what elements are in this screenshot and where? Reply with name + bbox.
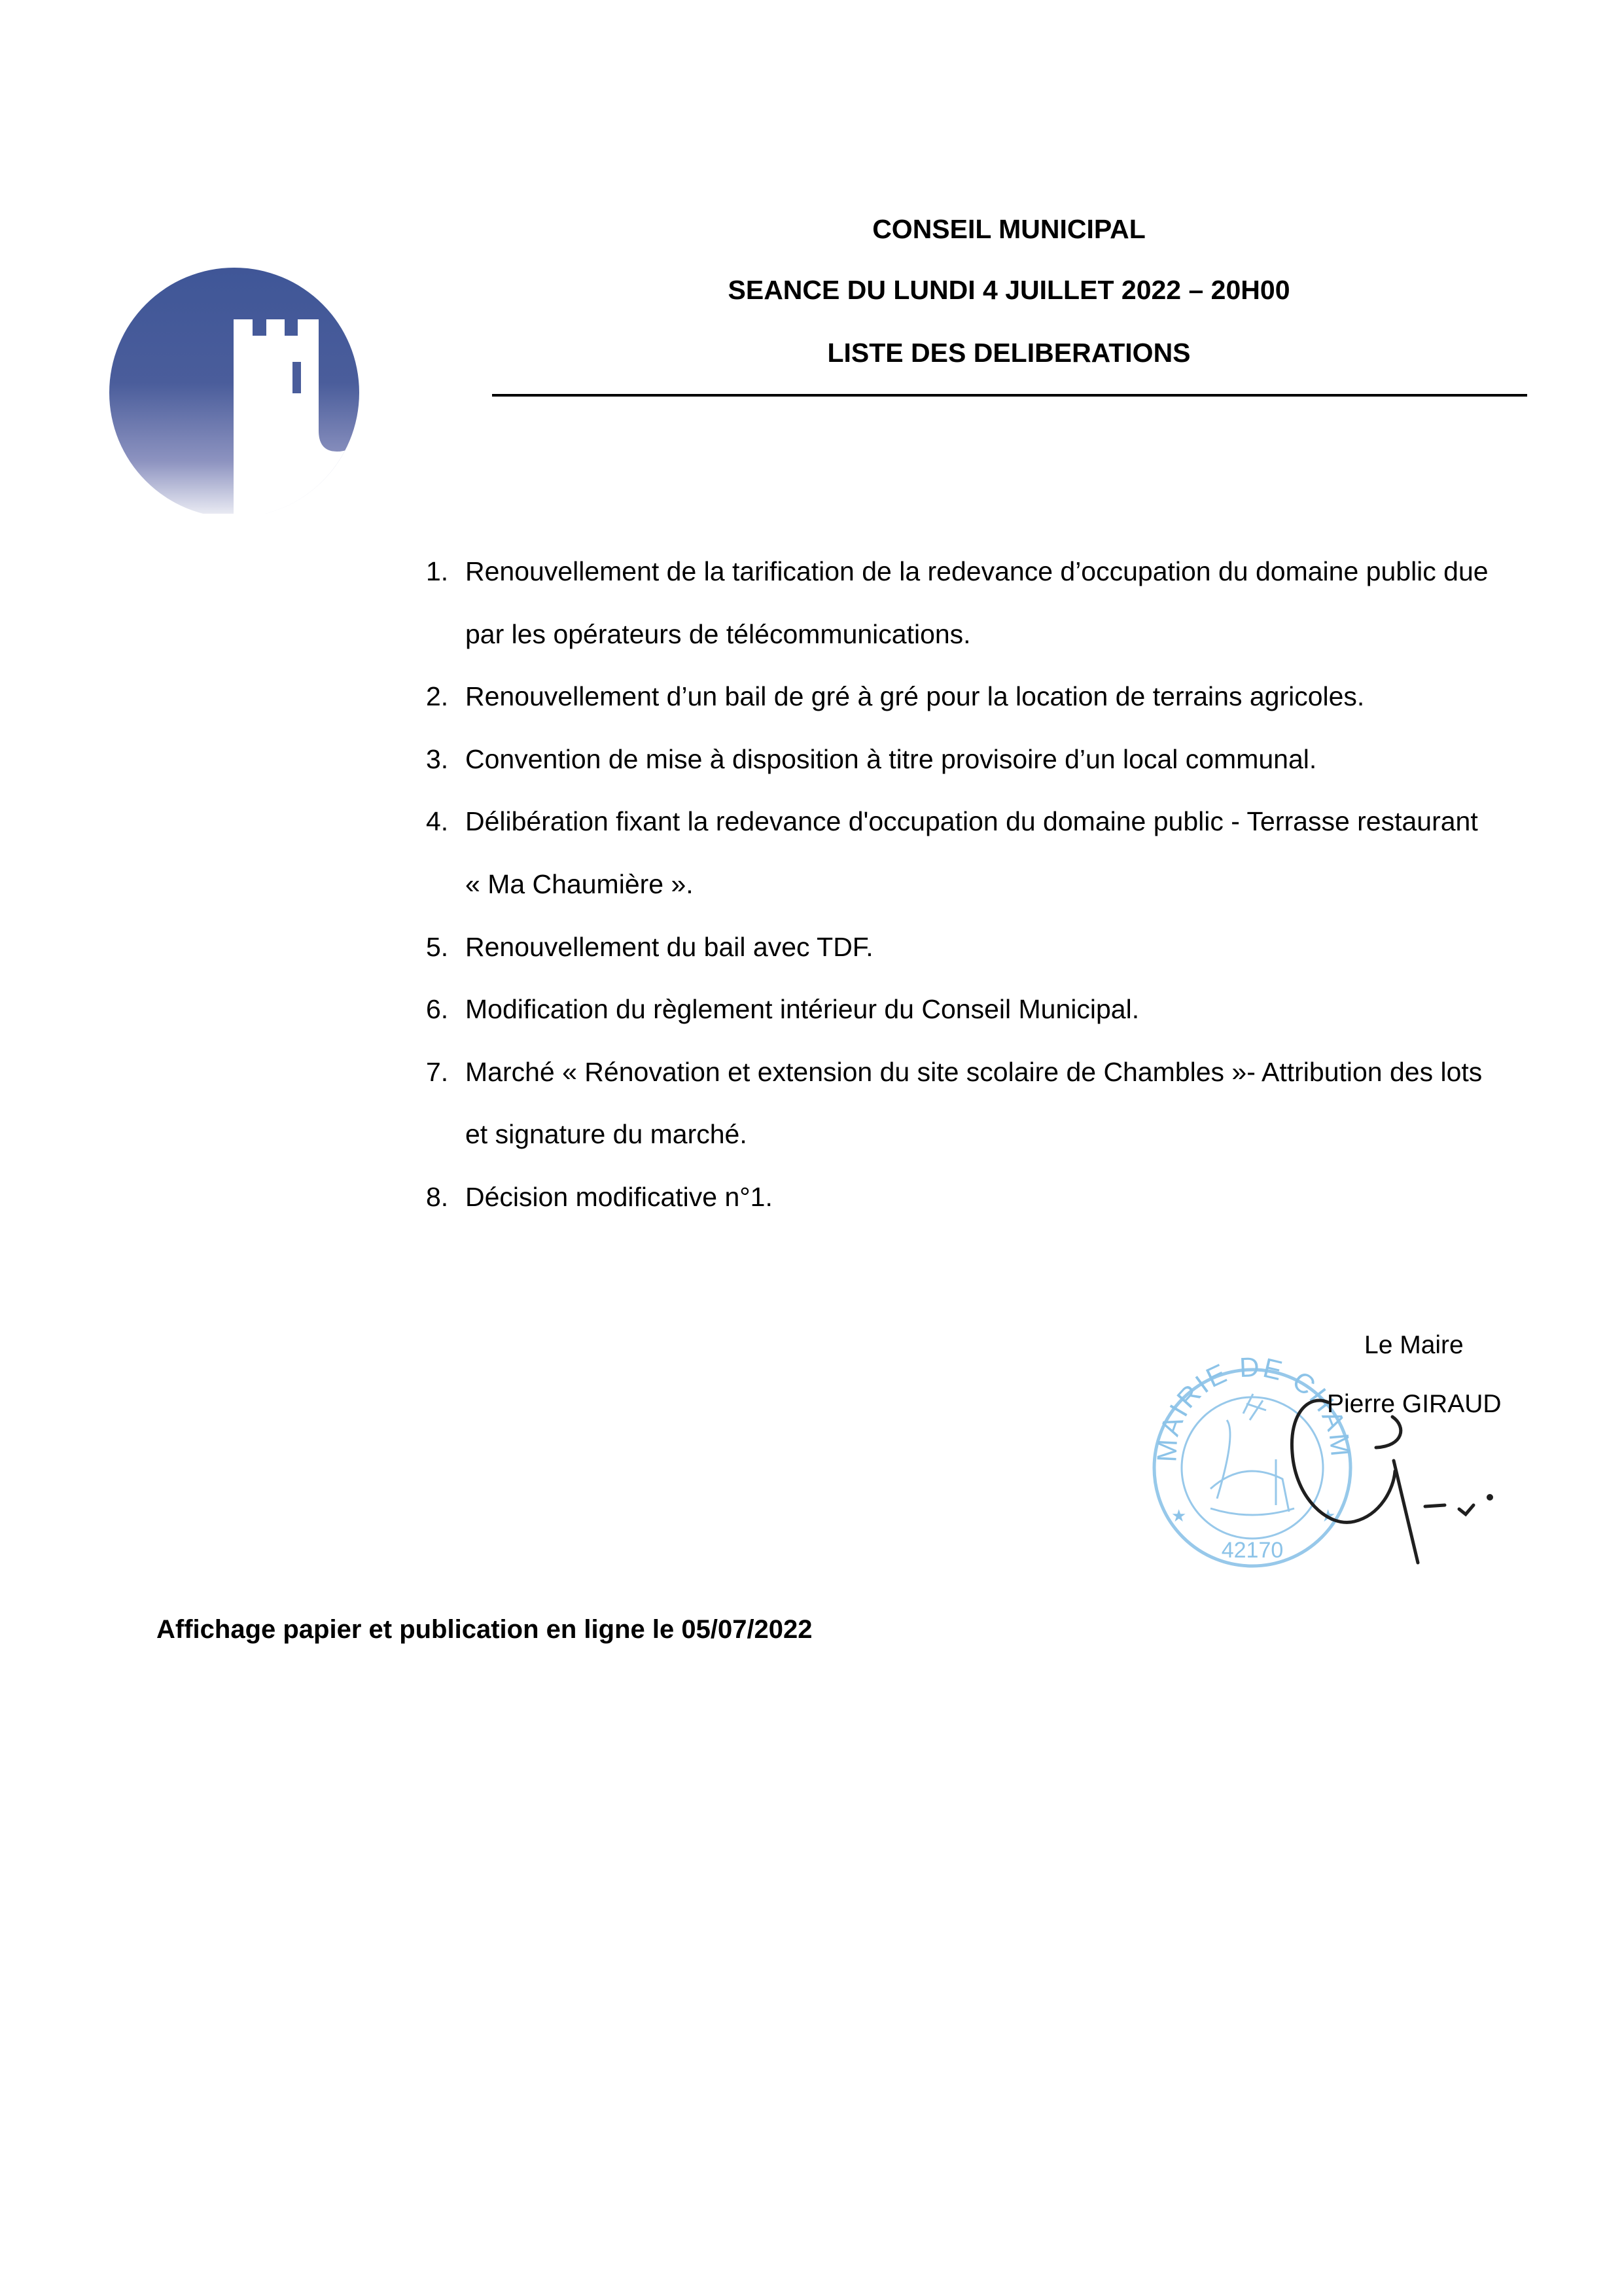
deliberation-item: 7.Marché « Rénovation et extension du si… — [426, 1041, 1506, 1166]
deliberation-item: 5.Renouvellement du bail avec TDF. — [426, 916, 1506, 979]
item-text: Modification du règlement intérieur du C… — [465, 978, 1506, 1041]
item-text: Renouvellement de la tarification de la … — [465, 541, 1506, 603]
deliberation-item: 1.Renouvellement de la tarification de l… — [426, 541, 1506, 666]
municipal-logo-icon — [105, 265, 366, 514]
item-text: Délibération fixant la redevance d'occup… — [465, 791, 1506, 853]
item-number: 2. — [426, 666, 448, 728]
deliberation-item: 4.Délibération fixant la redevance d'occ… — [426, 791, 1506, 916]
item-number: 5. — [426, 916, 448, 979]
item-text: Renouvellement du bail avec TDF. — [465, 916, 1506, 979]
item-number: 3. — [426, 728, 448, 791]
item-number: 1. — [426, 541, 448, 603]
council-title: CONSEIL MUNICIPAL — [492, 216, 1526, 243]
item-number: 4. — [426, 791, 448, 853]
item-text: Décision modificative n°1. — [465, 1166, 1506, 1229]
handwritten-signature-icon — [1112, 1263, 1518, 1603]
item-text: Marché « Rénovation et extension du site… — [465, 1041, 1506, 1104]
signature-block: MAIRIE DE CHAMBLES 42170 ★ ★ Le Maire Pi… — [1112, 1263, 1518, 1603]
session-date: SEANCE DU LUNDI 4 JUILLET 2022 – 20H00 — [492, 277, 1526, 304]
deliberation-item: 2.Renouvellement d’un bail de gré à gré … — [426, 666, 1506, 728]
list-subtitle: LISTE DES DELIBERATIONS — [492, 340, 1526, 366]
deliberations-list: 1.Renouvellement de la tarification de l… — [426, 541, 1506, 1229]
deliberation-item: 6.Modification du règlement intérieur du… — [426, 978, 1506, 1041]
item-number: 6. — [426, 978, 448, 1041]
item-text-continuation: par les opérateurs de télécommunications… — [465, 603, 1506, 666]
item-text: Renouvellement d’un bail de gré à gré po… — [465, 666, 1506, 728]
publication-note: Affichage papier et publication en ligne… — [156, 1616, 813, 1643]
item-text-continuation: « Ma Chaumière ». — [465, 853, 1506, 916]
item-text-continuation: et signature du marché. — [465, 1103, 1506, 1166]
deliberation-item: 3.Convention de mise à disposition à tit… — [426, 728, 1506, 791]
item-text: Convention de mise à disposition à titre… — [465, 728, 1506, 791]
item-number: 7. — [426, 1041, 448, 1104]
deliberation-item: 8.Décision modificative n°1. — [426, 1166, 1506, 1229]
header-divider — [492, 394, 1527, 397]
item-number: 8. — [426, 1166, 448, 1229]
